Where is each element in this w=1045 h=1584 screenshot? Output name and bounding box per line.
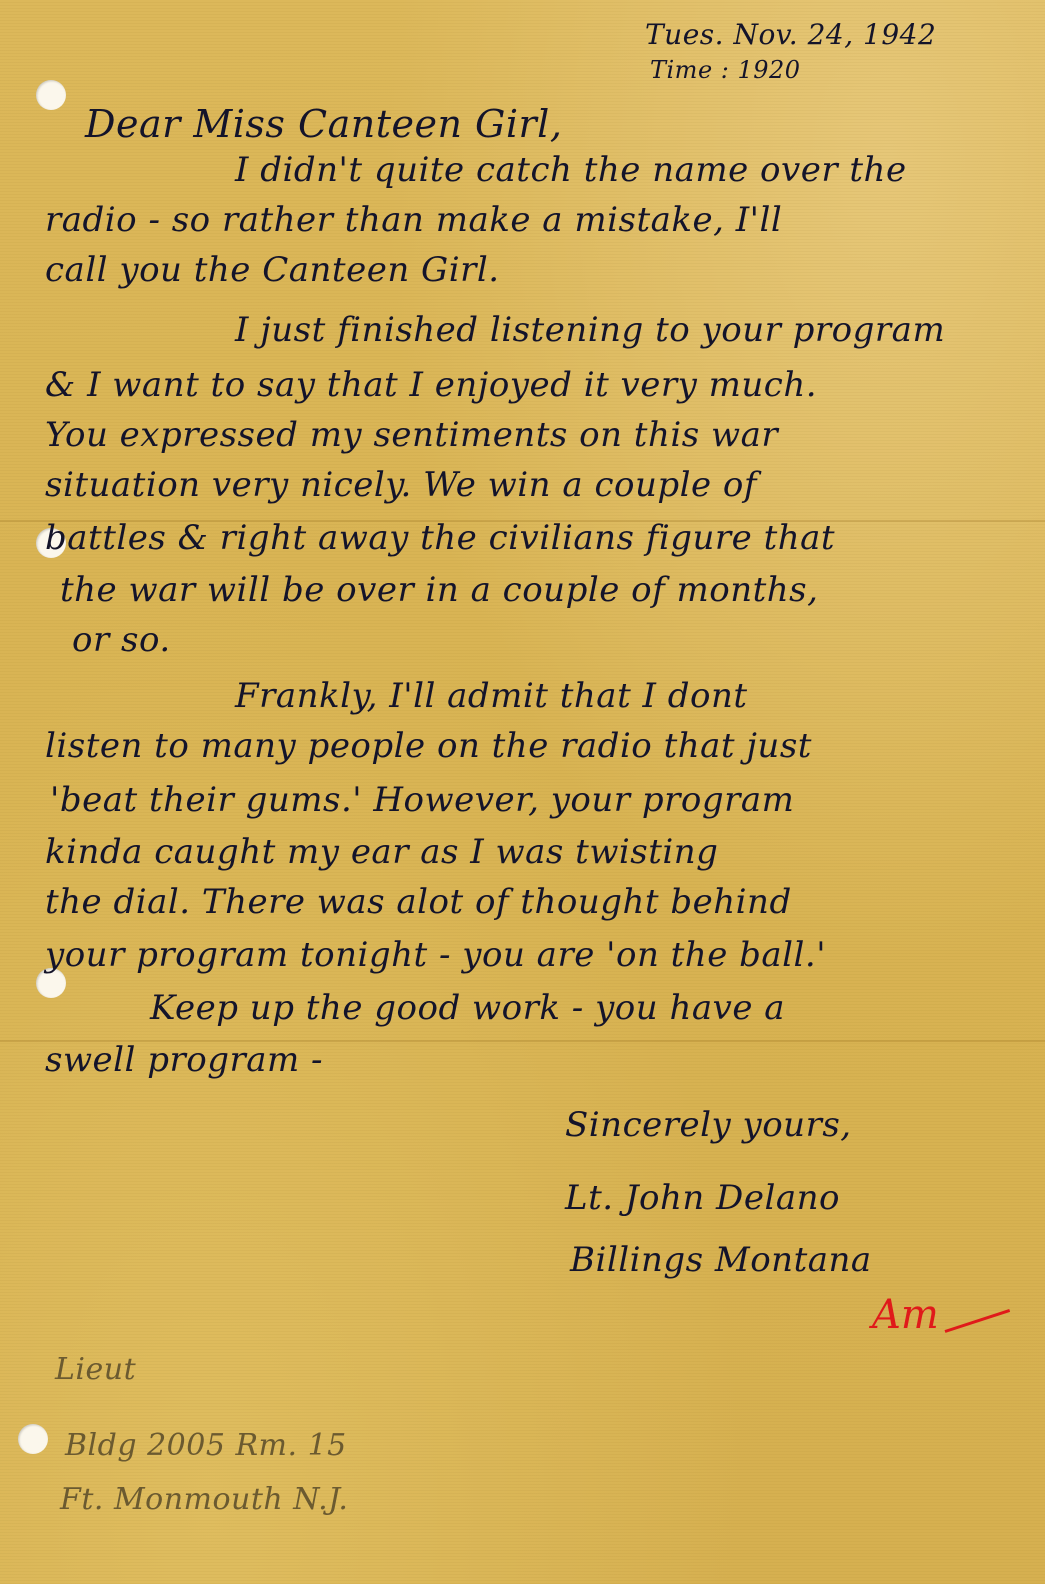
body-line: I didn't quite catch the name over the bbox=[235, 150, 907, 190]
body-line: swell program - bbox=[45, 1040, 323, 1080]
pencil-rank: Lieut bbox=[55, 1352, 136, 1387]
body-line: & I want to say that I enjoyed it very m… bbox=[45, 365, 817, 405]
red-initials: Am bbox=[872, 1292, 939, 1338]
body-line: You expressed my sentiments on this war bbox=[45, 415, 778, 455]
signature-name: Lt. John Delano bbox=[565, 1178, 840, 1218]
body-line: radio - so rather than make a mistake, I… bbox=[45, 200, 782, 240]
body-line: Frankly, I'll admit that I dont bbox=[235, 676, 748, 716]
pencil-building: Bldg 2005 Rm. 15 bbox=[65, 1428, 347, 1463]
letter-date: Tues. Nov. 24, 1942 bbox=[645, 18, 936, 51]
punch-hole bbox=[18, 1424, 48, 1454]
letter-time: Time : 1920 bbox=[650, 56, 801, 84]
pencil-post: Ft. Monmouth N.J. bbox=[60, 1482, 348, 1517]
body-line: Keep up the good work - you have a bbox=[150, 988, 785, 1028]
body-line: 'beat their gums.' However, your program bbox=[50, 780, 794, 820]
body-line: situation very nicely. We win a couple o… bbox=[45, 465, 757, 505]
letter-page: Tues. Nov. 24, 1942 Time : 1920 Dear Mis… bbox=[0, 0, 1045, 1584]
body-line: call you the Canteen Girl. bbox=[45, 250, 500, 290]
body-line: kinda caught my ear as I was twisting bbox=[45, 832, 718, 872]
punch-hole bbox=[36, 80, 66, 110]
body-line: or so. bbox=[72, 620, 171, 660]
body-line: your program tonight - you are 'on the b… bbox=[45, 935, 826, 975]
body-line: the dial. There was alot of thought behi… bbox=[45, 882, 792, 922]
body-line: I just finished listening to your progra… bbox=[235, 310, 945, 350]
salutation: Dear Miss Canteen Girl, bbox=[85, 102, 562, 146]
signature-hometown: Billings Montana bbox=[570, 1240, 872, 1280]
sign-off: Sincerely yours, bbox=[565, 1105, 852, 1145]
red-underline-stroke bbox=[945, 1309, 1011, 1333]
body-line: battles & right away the civilians figur… bbox=[45, 518, 835, 558]
body-line: listen to many people on the radio that … bbox=[45, 726, 812, 766]
body-line: the war will be over in a couple of mont… bbox=[60, 570, 818, 610]
